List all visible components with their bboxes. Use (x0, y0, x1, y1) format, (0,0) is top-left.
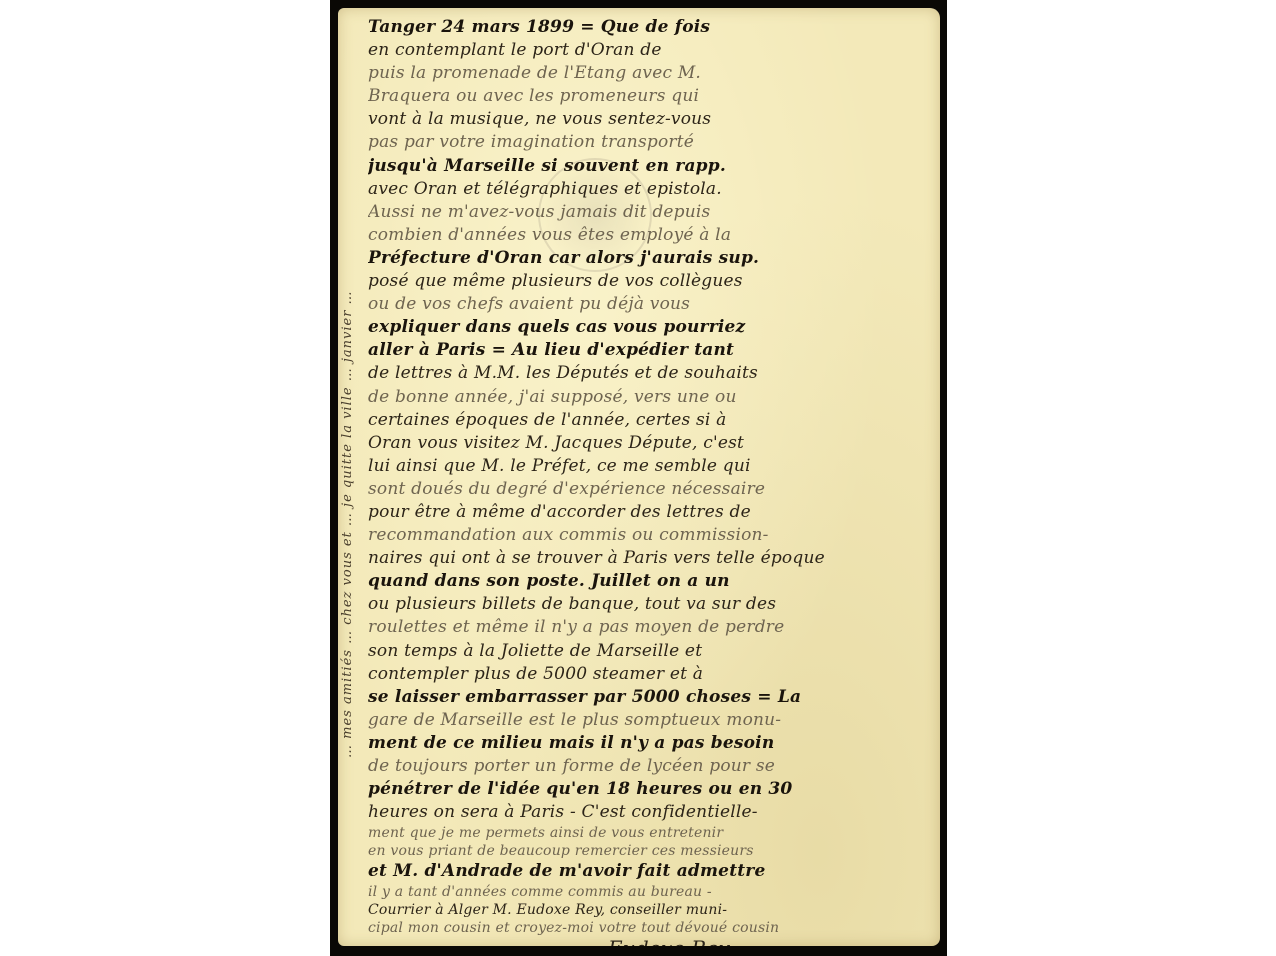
text-line: Oran vous visitez M. Jacques Députe, c'e… (368, 432, 938, 455)
signature: Eudoxe Rey (368, 937, 938, 946)
text-line: certaines époques de l'année, certes si … (368, 409, 938, 432)
text-line: quand dans son poste. Juillet on a un (368, 570, 938, 593)
text-line: en contemplant le port d'Oran de (368, 39, 938, 62)
text-line: Préfecture d'Oran car alors j'aurais sup… (368, 247, 938, 270)
text-line: recommandation aux commis ou commission- (368, 524, 938, 547)
text-line: heures on sera à Paris - C'est confident… (368, 801, 938, 824)
text-line: il y a tant d'années comme commis au bur… (368, 883, 938, 901)
text-line: contempler plus de 5000 steamer et à (368, 663, 938, 686)
text-line: pour être à même d'accorder des lettres … (368, 501, 938, 524)
text-line: et M. d'Andrade de m'avoir fait admettre (368, 860, 938, 883)
text-line: Courrier à Alger M. Eudoxe Rey, conseill… (368, 901, 938, 919)
text-line-heading: Tanger 24 mars 1899 = Que de fois (368, 16, 938, 39)
postcard: … mes amitiés … chez vous et … je quitte… (338, 8, 940, 946)
text-line: aller à Paris = Au lieu d'expédier tant (368, 339, 938, 362)
text-line: en vous priant de beaucoup remercier ces… (368, 842, 938, 860)
handwritten-text: Tanger 24 mars 1899 = Que de fois en con… (368, 16, 938, 946)
margin-note-vertical: … mes amitiés … chez vous et … je quitte… (340, 98, 364, 758)
text-line: de lettres à M.M. les Députés et de souh… (368, 362, 938, 385)
text-line: expliquer dans quels cas vous pourriez (368, 316, 938, 339)
text-line: roulettes et même il n'y a pas moyen de … (368, 616, 938, 639)
text-line: sont doués du degré d'expérience nécessa… (368, 478, 938, 501)
text-line: se laisser embarrasser par 5000 choses =… (368, 686, 938, 709)
text-line: ou de vos chefs avaient pu déjà vous (368, 293, 938, 316)
text-line: ou plusieurs billets de banque, tout va … (368, 593, 938, 616)
text-line: lui ainsi que M. le Préfet, ce me semble… (368, 455, 938, 478)
text-line: gare de Marseille est le plus somptueux … (368, 709, 938, 732)
text-line: naires qui ont à se trouver à Paris vers… (368, 547, 938, 570)
text-line: de toujours porter un forme de lycéen po… (368, 755, 938, 778)
text-line: avec Oran et télégraphiques et epistola. (368, 178, 938, 201)
text-line: puis la promenade de l'Etang avec M. (368, 62, 938, 85)
text-line: pénétrer de l'idée qu'en 18 heures ou en… (368, 778, 938, 801)
text-line: vont à la musique, ne vous sentez-vous (368, 108, 938, 131)
text-line: Aussi ne m'avez-vous jamais dit depuis (368, 201, 938, 224)
text-line: ment de ce milieu mais il n'y a pas beso… (368, 732, 938, 755)
text-line: combien d'années vous êtes employé à la (368, 224, 938, 247)
text-line: pas par votre imagination transporté (368, 131, 938, 154)
text-line: son temps à la Joliette de Marseille et (368, 640, 938, 663)
text-line: de bonne année, j'ai supposé, vers une o… (368, 386, 938, 409)
text-line: jusqu'à Marseille si souvent en rapp. (368, 155, 938, 178)
text-line: posé que même plusieurs de vos collègues (368, 270, 938, 293)
text-line: Braquera ou avec les promeneurs qui (368, 85, 938, 108)
text-line: ment que je me permets ainsi de vous ent… (368, 824, 938, 842)
text-line: cipal mon cousin et croyez-moi votre tou… (368, 919, 938, 937)
